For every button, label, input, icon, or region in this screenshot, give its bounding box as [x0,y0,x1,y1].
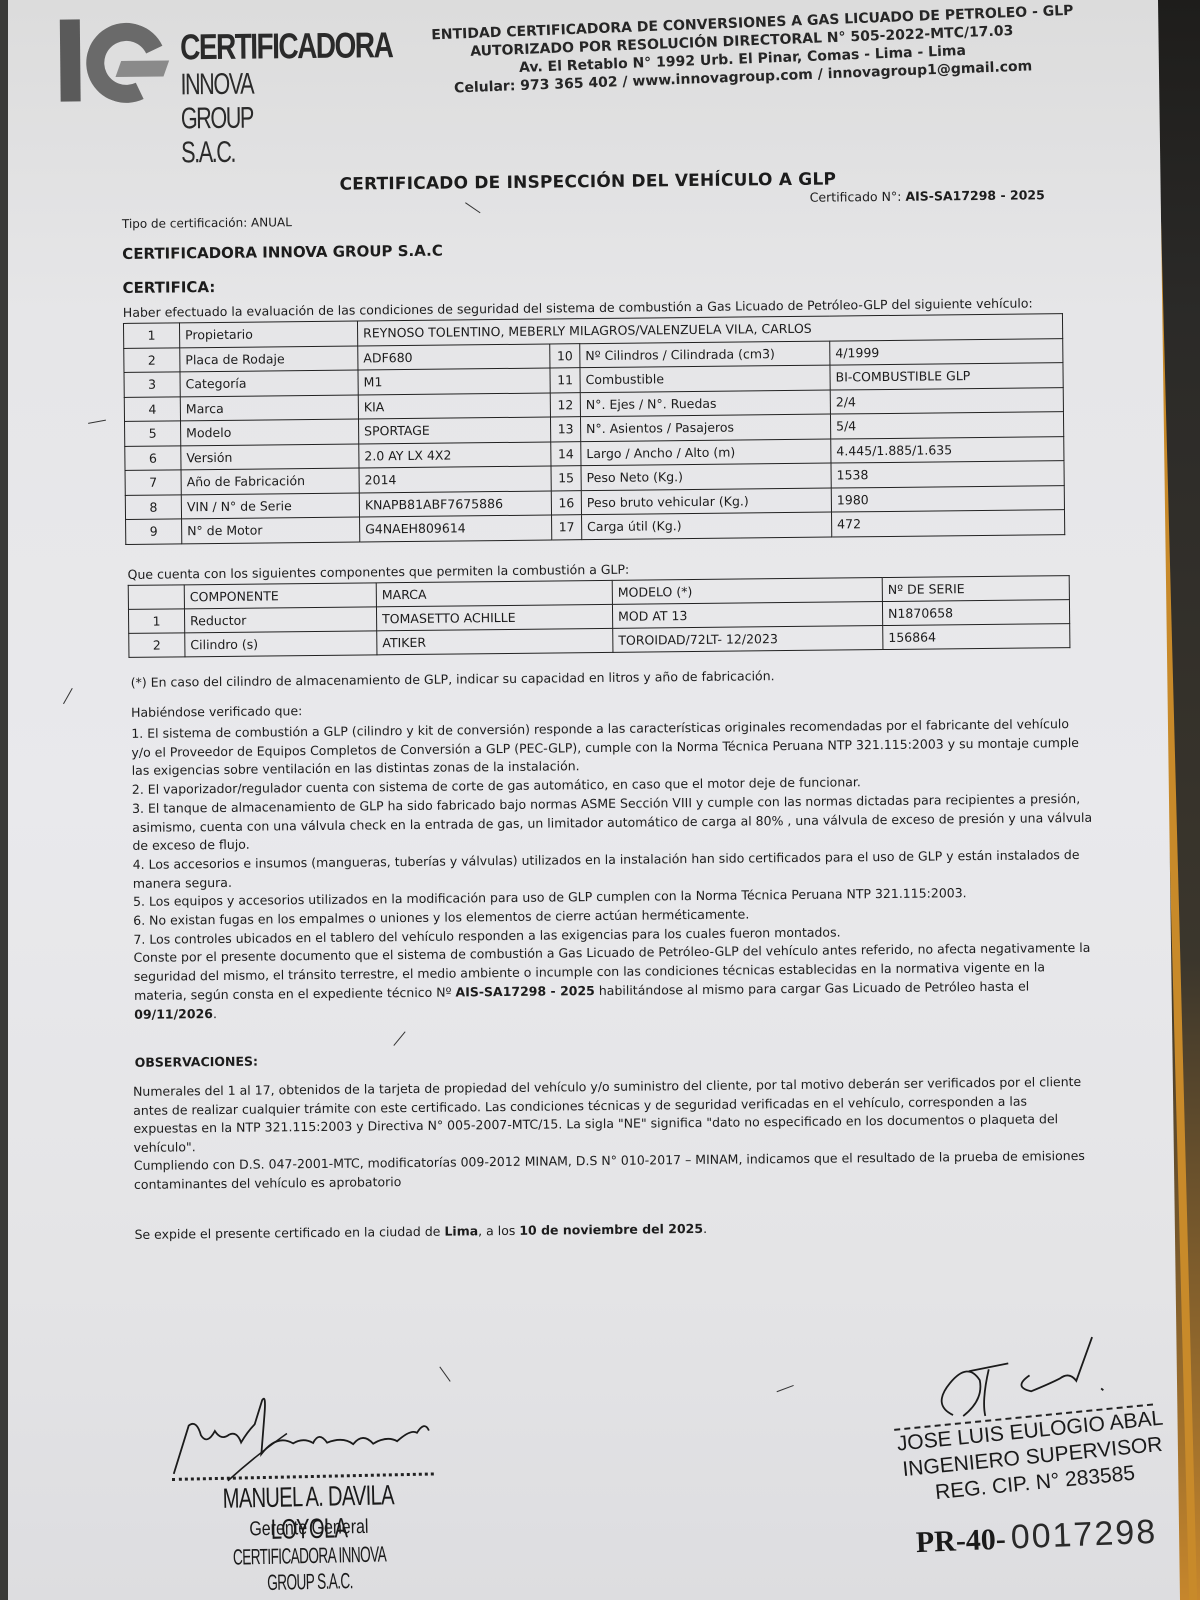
observations: Numerales del 1 al 17, obtenidos de la t… [133,1073,1094,1194]
row-number: 7 [125,470,181,495]
row-number: 6 [125,445,181,470]
row-number: 10 [550,343,580,368]
signature-supervisor: JOSE LUIS EULOGIO ABAL INGENIERO SUPERVI… [886,1322,1165,1349]
row-number: 5 [125,421,181,446]
verification-point: 3. El tanque de almacenamiento de GLP ha… [132,790,1093,856]
serial-prefix: PR-40- [915,1523,1006,1559]
field-value: G4NAEH809614 [360,515,552,542]
row-number: 1 [123,323,179,348]
row-number: 2 [124,347,180,372]
observation-paragraph: Numerales del 1 al 17, obtenidos de la t… [133,1073,1094,1157]
row-number: 8 [125,494,181,519]
field-value: 5/4 [830,412,1063,439]
constancia-text: . [213,1006,217,1021]
logo-line-2: INNOVA GROUP S.A.C. [180,67,309,170]
field-value: 1538 [831,461,1064,488]
field-label: Nº Cilindros / Cilindrada (cm3) [580,341,830,368]
pen-mark [465,202,480,213]
verified-label: Habiéndose verificado que: [131,703,302,720]
field-value: BI-COMBUSTIBLE GLP [830,363,1063,390]
components-table: COMPONENTEMARCAMODELO (*)Nº DE SERIE1Red… [128,575,1071,658]
field-value: KNAPB81ABF7675886 [359,490,551,517]
table-cell: Cilindro (s) [185,631,377,657]
ig-logo-icon [58,14,358,17]
field-label: Largo / Ancho / Alto (m) [581,439,831,466]
field-label: Propietario [179,321,357,347]
column-header [128,585,184,610]
row-number: 4 [124,396,180,421]
certifica-heading: CERTIFICA: [123,278,216,297]
field-value: M1 [358,368,550,395]
field-value: 1980 [831,485,1064,512]
signature-manager: MANUEL A. DAVILA LOYOLA Gerente General … [156,1400,456,1406]
row-number: 17 [552,515,582,540]
document-serial: PR-40- 0017298 [915,1513,1158,1561]
components-intro: Que cuenta con los siguientes componente… [128,562,630,582]
expediente-number: AIS-SA17298 - 2025 [455,983,595,999]
field-label: Modelo [181,419,359,445]
field-label: Categoría [180,370,358,396]
field-value: SPORTAGE [358,417,550,444]
field-value: KIA [358,392,550,419]
issue-text: , a los [478,1223,519,1238]
logo-line-1: CERTIFICADORA [180,24,393,68]
field-label: N°. Asientos / Pasajeros [580,414,830,441]
table-cell: TOROIDAD/72LT- 12/2023 [613,626,883,653]
column-header: MARCA [376,580,612,606]
serial-number: 0017298 [1010,1513,1158,1557]
pen-mark [777,1385,794,1392]
field-value: 2014 [359,466,551,493]
column-header: MODELO (*) [612,578,882,605]
field-value: 472 [831,510,1064,537]
constancia-paragraph: Conste por el presente documento que el … [134,939,1095,1024]
issue-city: Lima [444,1223,478,1238]
vehicle-table: 1 Propietario REYNOSO TOLENTINO, MEBERLY… [123,313,1065,544]
row-number: 3 [124,372,180,397]
issue-date: 10 de noviembre del 2025 [519,1221,703,1238]
row-number: 13 [550,417,580,442]
verification-points: 1. El sistema de combustión a GLP (cilin… [131,715,1094,1024]
verification-point: 1. El sistema de combustión a GLP (cilin… [131,715,1092,781]
row-number: 15 [551,466,581,491]
signer-company: CERTIFICADORA INNOVA GROUP S.A.C. [216,1541,403,1597]
certificate-number: Certificado N°: AIS-SA17298 - 2025 [810,187,1045,204]
table-cell: N1870658 [882,600,1069,626]
certificate-number-label: Certificado N°: [810,189,902,205]
company-name: CERTIFICADORA INNOVA GROUP S.A.C [122,242,443,263]
document-title: CERTIFICADO DE INSPECCIÓN DEL VEHÍCULO A… [339,169,836,194]
table-cell: Reductor [184,607,376,633]
field-value: 2/4 [830,387,1063,414]
certification-type: Tipo de certificación: ANUAL [122,215,292,231]
field-label: N° de Motor [182,517,360,543]
valid-until-date: 09/11/2026 [134,1006,213,1022]
row-number: 16 [551,490,581,515]
table-cell: 1 [128,609,184,634]
observations-heading: OBSERVACIONES: [135,1054,258,1070]
column-header: COMPONENTE [184,583,376,609]
table-cell: ATIKER [377,628,613,654]
field-label: Versión [181,444,359,470]
field-value: 2.0 AY LX 4X2 [359,441,551,468]
field-label: Marca [180,395,358,421]
field-label: VIN / N° de Serie [181,493,359,519]
issue-statement: Se expide el presente certificado en la … [134,1221,707,1242]
pen-mark [63,688,73,704]
constancia-text: habilitándose al mismo para cargar Gas L… [595,978,1030,998]
column-header: Nº DE SERIE [882,576,1069,602]
issue-text: . [703,1221,707,1236]
field-label: Combustible [580,365,830,392]
table-cell: 156864 [883,624,1070,650]
row-number: 11 [550,368,580,393]
certificate-number-value: AIS-SA17298 - 2025 [905,187,1045,203]
table-cell: TOMASETTO ACHILLE [376,604,612,630]
pen-mark [439,1367,450,1382]
row-number: 9 [126,519,182,544]
field-label: Placa de Rodaje [180,346,358,372]
field-label: Año de Fabricación [181,468,359,494]
header-info: ENTIDAD CERTIFICADORA DE CONVERSIONES A … [431,3,1053,99]
field-value: ADF680 [358,344,550,371]
pen-mark [88,420,106,424]
certificate-document: CERTIFICADORA INNOVA GROUP S.A.C. ENTIDA… [0,0,1200,1600]
field-value: 4/1999 [830,338,1063,365]
table-cell: MOD AT 13 [612,602,882,629]
field-value: 4.445/1.885/1.635 [831,436,1064,463]
field-label: N°. Ejes / N°. Ruedas [580,390,830,417]
components-footnote: (*) En caso del cilindro de almacenamien… [131,668,775,690]
field-label: Carga útil (Kg.) [582,512,832,539]
handwritten-signature-icon [166,1390,448,1486]
company-logo: CERTIFICADORA INNOVA GROUP S.A.C. [58,14,359,107]
row-number: 14 [551,441,581,466]
field-label: Peso bruto vehicular (Kg.) [581,488,831,515]
table-cell: 2 [129,633,185,658]
pen-mark [393,1031,405,1046]
row-number: 12 [550,392,580,417]
field-label: Peso Neto (Kg.) [581,463,831,490]
issue-text: Se expide el presente certificado en la … [134,1224,444,1242]
